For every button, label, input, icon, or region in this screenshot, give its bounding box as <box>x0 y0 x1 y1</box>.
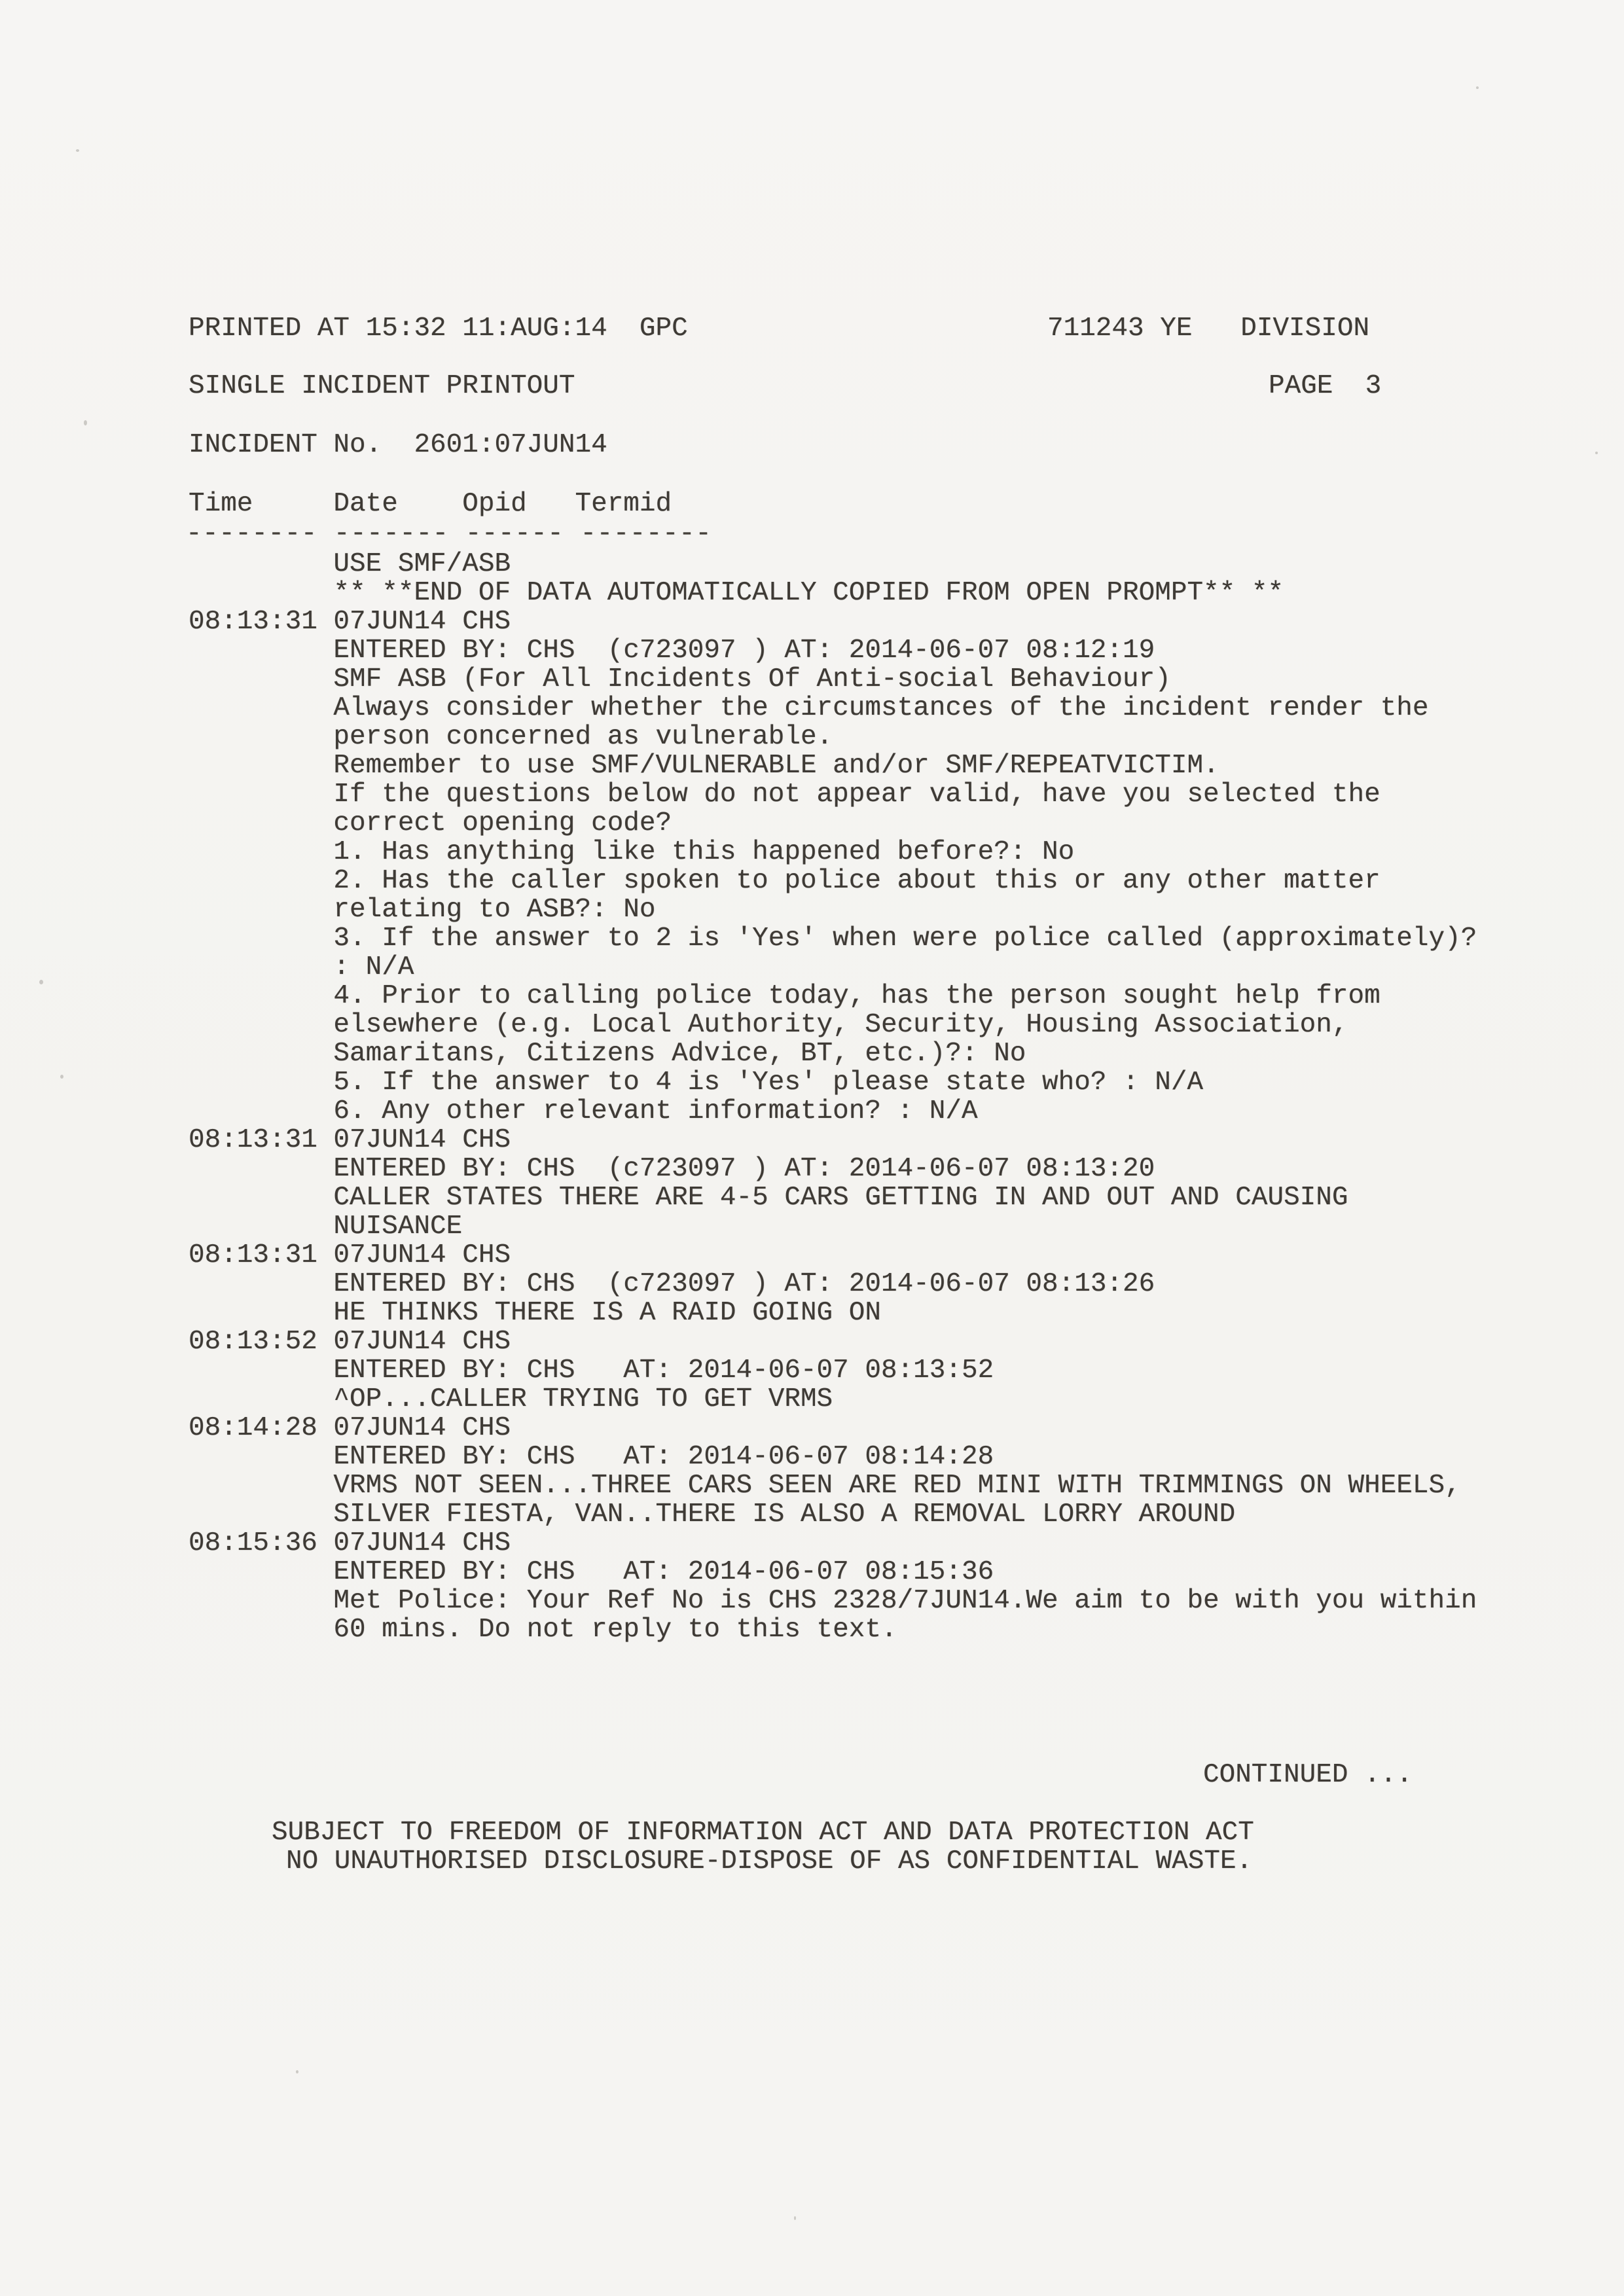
log-line: 1. Has anything like this happened befor… <box>189 838 1477 867</box>
log-entry-header: 08:13:31 07JUN14 CHS <box>189 1241 1477 1270</box>
log-line: NUISANCE <box>189 1212 1477 1241</box>
foi-notice-line1: SUBJECT TO FREEDOM OF INFORMATION ACT AN… <box>272 1818 1254 1847</box>
log-line: CALLER STATES THERE ARE 4-5 CARS GETTING… <box>189 1183 1477 1212</box>
scan-speck <box>1476 86 1479 89</box>
printout-page: PRINTED AT 15:32 11:AUG:14 GPC 711243 YE… <box>0 0 1624 2296</box>
page-number: PAGE 3 <box>1269 372 1381 401</box>
log-line: SMF ASB (For All Incidents Of Anti-socia… <box>189 665 1477 694</box>
scan-speck <box>84 420 87 425</box>
log-line: ENTERED BY: CHS AT: 2014-06-07 08:15:36 <box>189 1558 1477 1587</box>
log-line: 4. Prior to calling police today, has th… <box>189 982 1477 1011</box>
log-line: ENTERED BY: CHS (c723097 ) AT: 2014-06-0… <box>189 636 1477 665</box>
log-line: VRMS NOT SEEN...THREE CARS SEEN ARE RED … <box>189 1471 1477 1500</box>
log-line: relating to ASB?: No <box>189 895 1477 924</box>
log-line: If the questions below do not appear val… <box>189 780 1477 809</box>
log-line: ENTERED BY: CHS (c723097 ) AT: 2014-06-0… <box>189 1155 1477 1183</box>
log-columns-divider: -------- ------- ------ -------- <box>186 520 712 548</box>
log-entry-header: 08:13:31 07JUN14 CHS <box>189 607 1477 636</box>
log-entries: USE SMF/ASB ** **END OF DATA AUTOMATICAL… <box>189 550 1477 1644</box>
log-entry-header: 08:15:36 07JUN14 CHS <box>189 1529 1477 1558</box>
scan-speck <box>1595 452 1598 454</box>
log-line: 2. Has the caller spoken to police about… <box>189 867 1477 895</box>
log-line: HE THINKS THERE IS A RAID GOING ON <box>189 1299 1477 1327</box>
log-entry-header: 08:13:31 07JUN14 CHS <box>189 1126 1477 1155</box>
log-entry-header: 08:13:52 07JUN14 CHS <box>189 1327 1477 1356</box>
log-line: Always consider whether the circumstance… <box>189 694 1477 723</box>
log-line: Samaritans, Citizens Advice, BT, etc.)?:… <box>189 1039 1477 1068</box>
scan-speck <box>794 2216 796 2220</box>
log-line: ENTERED BY: CHS (c723097 ) AT: 2014-06-0… <box>189 1270 1477 1299</box>
incident-number-line: INCIDENT No. 2601:07JUN14 <box>189 431 607 459</box>
log-line: ^OP...CALLER TRYING TO GET VRMS <box>189 1385 1477 1414</box>
log-line: person concerned as vulnerable. <box>189 723 1477 751</box>
scan-speck <box>60 1075 63 1079</box>
scan-speck <box>76 149 79 152</box>
log-line: 6. Any other relevant information? : N/A <box>189 1097 1477 1126</box>
scan-speck <box>296 2070 298 2073</box>
log-line: USE SMF/ASB <box>189 550 1477 579</box>
log-line: SILVER FIESTA, VAN..THERE IS ALSO A REMO… <box>189 1500 1477 1529</box>
continued-label: CONTINUED ... <box>1203 1761 1413 1789</box>
scan-speck <box>39 980 43 984</box>
printed-at-line: PRINTED AT 15:32 11:AUG:14 GPC <box>189 314 688 343</box>
log-line: : N/A <box>189 953 1477 982</box>
log-line: elsewhere (e.g. Local Authority, Securit… <box>189 1011 1477 1039</box>
log-line: ** **END OF DATA AUTOMATICALLY COPIED FR… <box>189 579 1477 607</box>
log-line: ENTERED BY: CHS AT: 2014-06-07 08:14:28 <box>189 1443 1477 1471</box>
log-entry-header: 08:14:28 07JUN14 CHS <box>189 1414 1477 1443</box>
log-line: Remember to use SMF/VULNERABLE and/or SM… <box>189 751 1477 780</box>
log-line: 5. If the answer to 4 is 'Yes' please st… <box>189 1068 1477 1097</box>
foi-notice-line2: NO UNAUTHORISED DISCLOSURE-DISPOSE OF AS… <box>286 1847 1252 1876</box>
log-line: ENTERED BY: CHS AT: 2014-06-07 08:13:52 <box>189 1356 1477 1385</box>
log-line: Met Police: Your Ref No is CHS 2328/7JUN… <box>189 1587 1477 1615</box>
log-line: 60 mins. Do not reply to this text. <box>189 1615 1477 1644</box>
document-title: SINGLE INCIDENT PRINTOUT <box>189 372 575 401</box>
log-line: correct opening code? <box>189 809 1477 838</box>
log-columns-header: Time Date Opid Termid <box>189 490 672 518</box>
division-ref: 711243 YE DIVISION <box>1047 314 1369 343</box>
log-line: 3. If the answer to 2 is 'Yes' when were… <box>189 924 1477 953</box>
